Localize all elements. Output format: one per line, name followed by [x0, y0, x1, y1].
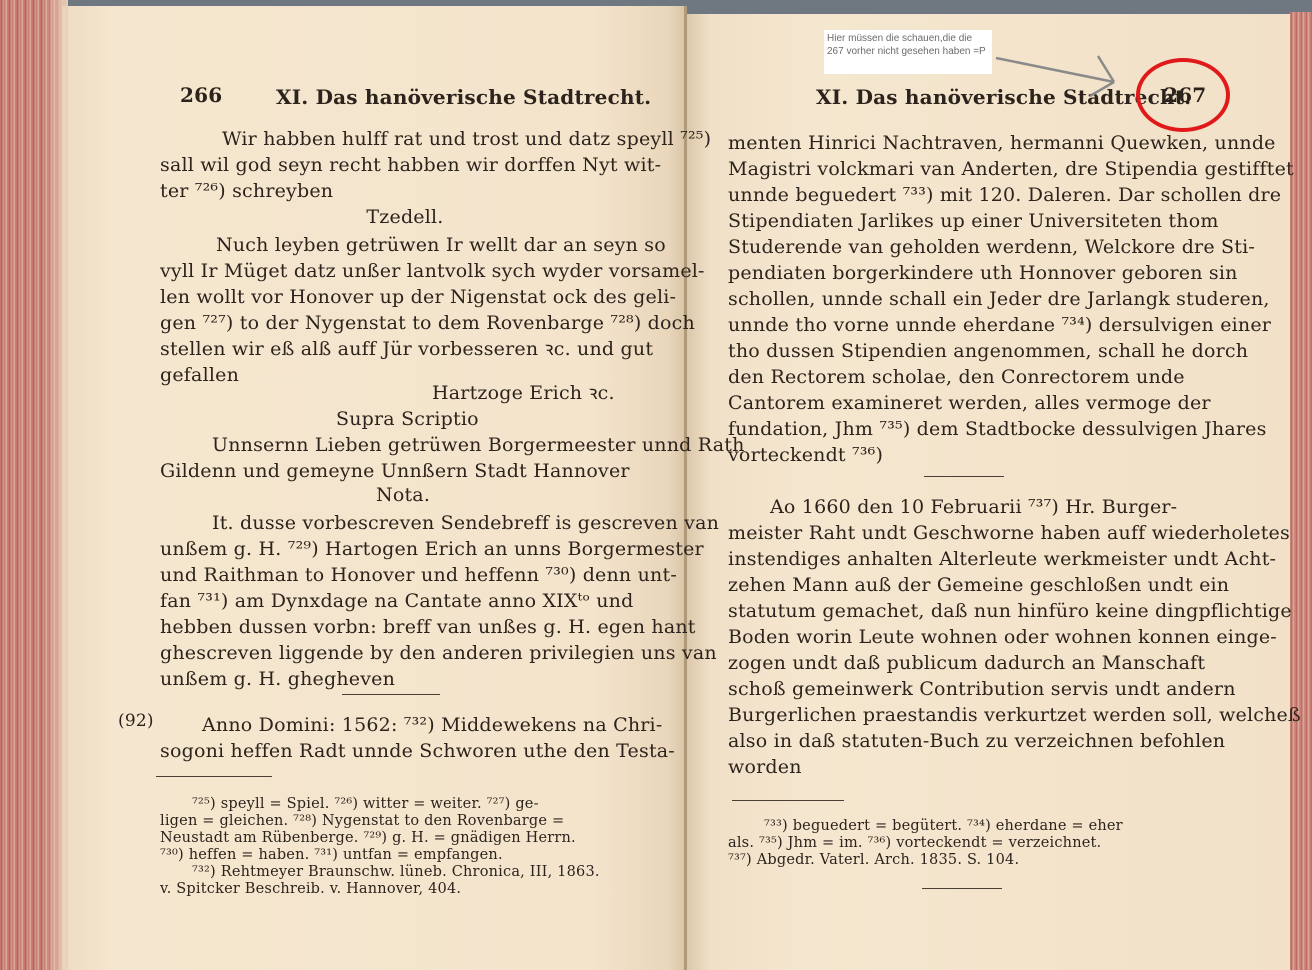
footnote-divider [156, 776, 272, 777]
footnote-line: ⁷³³) beguedert = begütert. ⁷³⁴) eherdane… [728, 818, 1123, 835]
text-line: pendiaten borgerkindere uth Honnover geb… [728, 260, 1294, 286]
page-edge-shadow [44, 0, 68, 970]
text-line: vorteckendt ⁷³⁶) [728, 442, 1294, 468]
anno-block: Anno Domini: 1562: ⁷³²) Middewekens na C… [160, 712, 675, 764]
signature: Hartzoge Erich ꝛc. [432, 380, 615, 406]
text-line: den Rectorem scholae, den Conrectorem un… [728, 364, 1294, 390]
nota-block: It. dusse vorbescreven Sendebreff is ges… [160, 510, 719, 692]
heading-tzedell: Tzedell. [160, 204, 650, 230]
text-line: meister Raht undt Geschworne haben auff … [728, 520, 1301, 546]
text-line: unßem g. H. ⁷²⁹) Hartogen Erich an unns … [160, 536, 719, 562]
text-line: Anno Domini: 1562: ⁷³²) Middewekens na C… [160, 712, 675, 738]
text-line: vyll Ir Müget datz unßer lantvolk sych w… [160, 258, 705, 284]
text-line: sall wil god seyn recht habben wir dorff… [160, 152, 711, 178]
section-divider [924, 476, 1004, 477]
text-line: menten Hinrici Nachtraven, hermanni Quew… [728, 130, 1294, 156]
text-line: It. dusse vorbescreven Sendebreff is ges… [160, 510, 719, 536]
text-line: Nuch leyben getrüwen Ir wellt dar an sey… [160, 232, 705, 258]
text-line: sogoni heffen Radt unnde Schworen uthe d… [160, 738, 675, 764]
text-line: Wir habben hulff rat und trost und datz … [160, 126, 711, 152]
text-line: tho dussen Stipendien angenommen, schall… [728, 338, 1294, 364]
text-line: Cantorem examineret werden, alles vermog… [728, 390, 1294, 416]
footnote-line: als. ⁷³⁵) Jhm = im. ⁷³⁶) vorteckendt = v… [728, 835, 1123, 852]
footnote-line: ⁷³⁰) heffen = haben. ⁷³¹) untfan = empfa… [160, 847, 600, 864]
footnote-line: ⁷³⁷) Abgedr. Vaterl. Arch. 1835. S. 104. [728, 852, 1123, 869]
text-line: Gildenn und gemeyne Unnßern Stadt Hannov… [160, 458, 745, 484]
text-line: schollen, unnde schall ein Jeder dre Jar… [728, 286, 1294, 312]
tzedell-block: Nuch leyben getrüwen Ir wellt dar an sey… [160, 232, 705, 388]
right-body-block: menten Hinrici Nachtraven, hermanni Quew… [728, 130, 1294, 468]
left-body-block: Wir habben hulff rat und trost und datz … [160, 126, 711, 204]
footnote-divider [732, 800, 844, 801]
text-line: instendiges anhalten Alterleute werkmeis… [728, 546, 1301, 572]
page-number-highlight-circle [1136, 58, 1230, 132]
text-line: worden [728, 754, 1301, 780]
text-line: zehen Mann auß der Gemeine geschloßen un… [728, 572, 1301, 598]
text-line: also in daß statuten-Buch zu verzeichnen… [728, 728, 1301, 754]
heading-supra-scriptio: Supra Scriptio [336, 406, 479, 432]
text-line: schoß gemeinwerk Contribution servis und… [728, 676, 1301, 702]
end-divider [922, 888, 1002, 889]
footnote-line: ligen = gleichen. ⁷²⁸) Nygenstat to den … [160, 813, 600, 830]
text-line: fan ⁷³¹) am Dynxdage na Cantate anno XIX… [160, 588, 719, 614]
text-line: Burgerlichen praestandis verkurtzet werd… [728, 702, 1301, 728]
running-head-left: XI. Das hanöverische Stadtrecht. [276, 84, 651, 110]
section-divider [342, 694, 440, 695]
text-line: gen ⁷²⁷) to der Nygenstat to dem Rovenba… [160, 310, 705, 336]
text-line: Magistri volckmari van Anderten, dre Sti… [728, 156, 1294, 182]
footnote-line: ⁷²⁵) speyll = Spiel. ⁷²⁶) witter = weite… [160, 796, 600, 813]
left-footnotes: ⁷²⁵) speyll = Spiel. ⁷²⁶) witter = weite… [160, 796, 600, 898]
footnote-line: v. Spitcker Beschreib. v. Hannover, 404. [160, 881, 600, 898]
text-line: unßem g. H. ghegheven [160, 666, 719, 692]
text-line: statutum gemachet, daß nun hinfüro keine… [728, 598, 1301, 624]
text-line: zogen undt daß publicum dadurch an Mansc… [728, 650, 1301, 676]
text-line: len wollt vor Honover up der Nigenstat o… [160, 284, 705, 310]
margin-number: (92) [118, 708, 154, 734]
heading-nota: Nota. [376, 482, 430, 508]
text-line: stellen wir eß alß auff Jür vorbesseren … [160, 336, 705, 362]
footnote-line: Neustadt am Rübenberge. ⁷²⁹) g. H. = gnä… [160, 830, 600, 847]
supra-block: Unnsernn Lieben getrüwen Borgermeester u… [160, 432, 745, 484]
text-line: hebben dussen vorbn: breff van unßes g. … [160, 614, 719, 640]
text-line: Studerende van geholden werdenn, Welckor… [728, 234, 1294, 260]
annotation-note: Hier müssen die schauen,die die 267 vorh… [824, 30, 992, 74]
text-line: Unnsernn Lieben getrüwen Borgermeester u… [160, 432, 745, 458]
arrow-icon [990, 50, 1130, 100]
text-line: ghescreven liggende by den anderen privi… [160, 640, 719, 666]
text-line: Boden worin Leute wohnen oder wohnen kon… [728, 624, 1301, 650]
text-line: Ao 1660 den 10 Februarii ⁷³⁷) Hr. Burger… [728, 494, 1301, 520]
text-line: Stipendiaten Jarlikes up einer Universit… [728, 208, 1294, 234]
ao-block: Ao 1660 den 10 Februarii ⁷³⁷) Hr. Burger… [728, 494, 1301, 780]
footnote-line: ⁷³²) Rehtmeyer Braunschw. lüneb. Chronic… [160, 864, 600, 881]
text-line: fundation, Jhm ⁷³⁵) dem Stadtbocke dessu… [728, 416, 1294, 442]
text-line: unnde tho vorne unnde eherdane ⁷³⁴) ders… [728, 312, 1294, 338]
text-line: und Raithman to Honover und heffenn ⁷³⁰)… [160, 562, 719, 588]
text-line: ter ⁷²⁶) schreyben [160, 178, 711, 204]
text-line: unnde beguedert ⁷³³) mit 120. Daleren. D… [728, 182, 1294, 208]
right-footnotes: ⁷³³) beguedert = begütert. ⁷³⁴) eherdane… [728, 818, 1123, 869]
page-number-left: 266 [180, 82, 222, 108]
